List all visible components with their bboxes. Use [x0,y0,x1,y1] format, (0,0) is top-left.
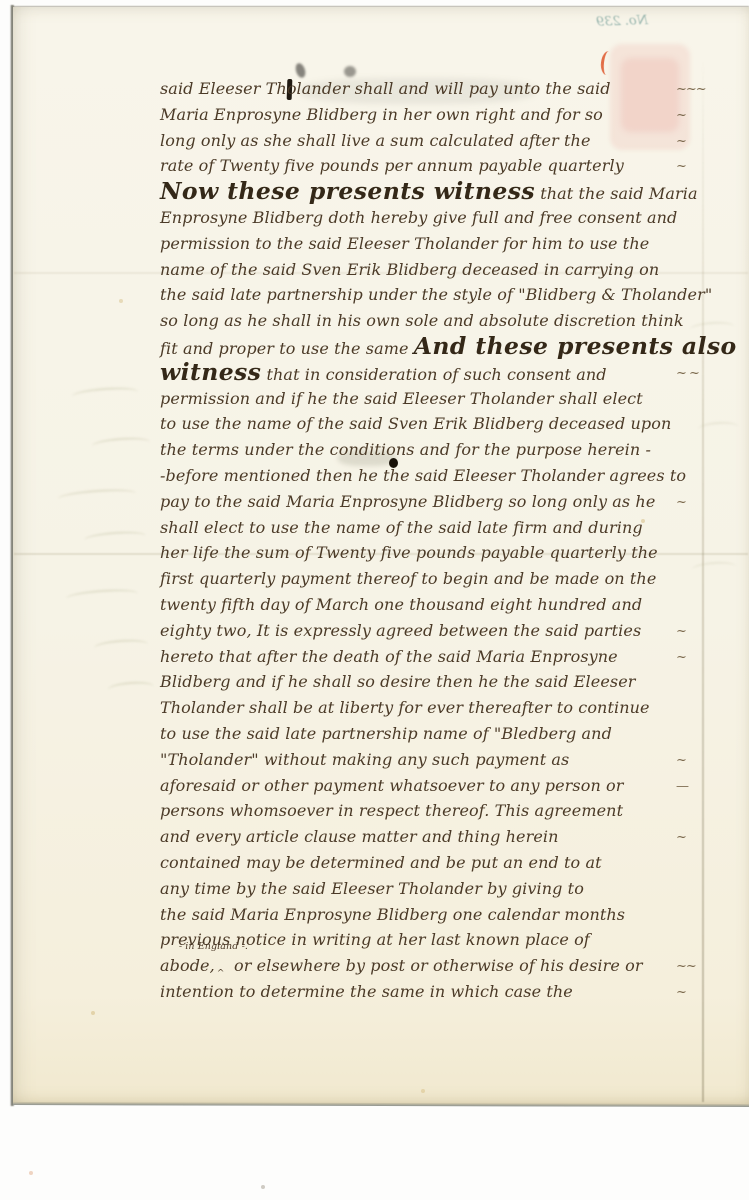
manuscript-line: -before mentioned then he the said Elees… [160,463,672,489]
line-text: hereto that after the death of the said … [160,647,618,666]
line-text: the said late partnership under the styl… [160,285,712,304]
line-flourish: ~ [676,129,686,155]
manuscript-line: name of the said Sven Erik Blidberg dece… [160,257,672,283]
manuscript-line: hereto that after the death of the said … [160,644,672,670]
line-flourish: ~ [676,748,686,774]
big-script-segment: And these presents also [414,332,737,360]
manuscript-line: to use the said late partnership name of… [160,721,672,747]
line-text: pay to the said Maria Enprosyne Blidberg… [160,492,655,511]
manuscript-line: Tholander shall be at liberty for ever t… [160,695,672,721]
manuscript-text: said Eleeser Tholander shall and will pa… [160,76,672,1005]
manuscript-line: first quarterly payment thereof to begin… [160,566,672,592]
manuscript-line: the said late partnership under the styl… [160,282,672,308]
line-flourish: ~ [676,645,686,671]
line-text: rate of Twenty five pounds per annum pay… [160,156,624,175]
manuscript-line: the said Maria Enprosyne Blidberg one ca… [160,902,672,928]
line-text: aforesaid or other payment whatsoever to… [160,776,624,795]
line-text: twenty fifth day of March one thousand e… [160,595,642,614]
line-text: Tholander shall be at liberty for ever t… [160,698,650,717]
line-flourish: ~~~ [676,77,706,103]
manuscript-line: Maria Enprosyne Blidberg in her own righ… [160,102,672,128]
line-text: Enprosyne Blidberg doth hereby give full… [160,208,677,227]
big-script-segment: witness [160,358,261,386]
line-text: so long as he shall in his own sole and … [160,311,684,330]
interlinear-insertion: - in England -.^ [215,955,229,971]
manuscript-line: her life the sum of Twenty five pounds p… [160,540,672,566]
manuscript-line: contained may be determined and be put a… [160,850,672,876]
big-script-segment: Now these presents witness [160,177,535,205]
line-flourish: ~ [676,103,686,129]
line-flourish: ~ [676,619,686,645]
manuscript-line: any time by the said Eleeser Tholander b… [160,876,672,902]
line-flourish: — [676,774,688,800]
line-text: eighty two, It is expressly agreed betwe… [160,621,641,640]
manuscript-line: rate of Twenty five pounds per annum pay… [160,153,672,179]
paper-specks [0,0,2,2]
line-text: permission and if he the said Eleeser Th… [160,389,643,408]
scanned-document: No. 239 said Eleeser Tholander shall and… [0,0,749,1200]
manuscript-line: fit and proper to use the same And these… [160,334,672,360]
line-text: the said Maria Enprosyne Blidberg one ca… [160,905,625,924]
line-text: and every article clause matter and thin… [160,827,559,846]
line-text: long only as she shall live a sum calcul… [160,131,591,150]
line-text: to use the name of the said Sven Erik Bl… [160,414,671,433]
manuscript-line: said Eleeser Tholander shall and will pa… [160,76,672,102]
line-text: said Eleeser Tholander shall and will pa… [160,79,611,98]
ghost-number-note: No. 239 [596,13,649,30]
manuscript-line: to use the name of the said Sven Erik Bl… [160,411,672,437]
manuscript-line: abode,- in England -.^ or elsewhere by p… [160,953,672,979]
line-text: any time by the said Eleeser Tholander b… [160,879,584,898]
line-text: to use the said late partnership name of… [160,724,612,743]
manuscript-line: the terms under the conditions and for t… [160,437,672,463]
manuscript-line: aforesaid or other payment whatsoever to… [160,773,672,799]
manuscript-line: eighty two, It is expressly agreed betwe… [160,618,672,644]
line-text: intention to determine the same in which… [160,982,573,1001]
line-text: or elsewhere by post or otherwise of his… [229,956,643,975]
line-text: the terms under the conditions and for t… [160,440,651,459]
manuscript-line: pay to the said Maria Enprosyne Blidberg… [160,489,672,515]
line-text: Maria Enprosyne Blidberg in her own righ… [160,105,603,124]
insertion-text: - in England -. [179,941,248,952]
manuscript-line: Enprosyne Blidberg doth hereby give full… [160,205,672,231]
line-text: shall elect to use the name of the said … [160,518,643,537]
manuscript-line: and every article clause matter and thin… [160,824,672,850]
line-flourish: ~ [676,490,686,516]
line-text: -before mentioned then he the said Elees… [160,466,686,485]
line-text: her life the sum of Twenty five pounds p… [160,543,658,562]
paper-edge-bottom [13,1102,749,1107]
manuscript-line: witness that in consideration of such co… [160,360,672,386]
line-text: that the said Maria [535,184,698,203]
line-flourish: ~ [676,825,686,851]
manuscript-line: persons whomsoever in respect thereof. T… [160,798,672,824]
manuscript-line: Blidberg and if he shall so desire then … [160,669,672,695]
line-flourish: ~~ [676,954,696,980]
manuscript-line: intention to determine the same in which… [160,979,672,1005]
line-text: abode, [160,956,215,975]
line-text: "Tholander" without making any such paym… [160,750,569,769]
line-flourish: ~ [676,154,686,180]
manuscript-line: long only as she shall live a sum calcul… [160,128,672,154]
manuscript-line: permission and if he the said Eleeser Th… [160,386,672,412]
manuscript-line: twenty fifth day of March one thousand e… [160,592,672,618]
line-text: contained may be determined and be put a… [160,853,602,872]
fold-crease-vertical [702,60,704,1102]
line-text: first quarterly payment thereof to begin… [160,569,656,588]
manuscript-line: shall elect to use the name of the said … [160,515,672,541]
line-text: permission to the said Eleeser Tholander… [160,234,649,253]
line-text: Blidberg and if he shall so desire then … [160,672,636,691]
line-text: fit and proper to use the same [160,339,414,358]
manuscript-line: Now these presents witness that the said… [160,179,672,205]
line-text: that in consideration of such consent an… [261,365,606,384]
manuscript-line: "Tholander" without making any such paym… [160,747,672,773]
line-text: name of the said Sven Erik Blidberg dece… [160,260,659,279]
manuscript-line: so long as he shall in his own sole and … [160,308,672,334]
line-text: persons whomsoever in respect thereof. T… [160,801,623,820]
manuscript-line: permission to the said Eleeser Tholander… [160,231,672,257]
line-flourish: ~ [676,980,686,1006]
line-flourish: ~ ~ [676,361,699,387]
